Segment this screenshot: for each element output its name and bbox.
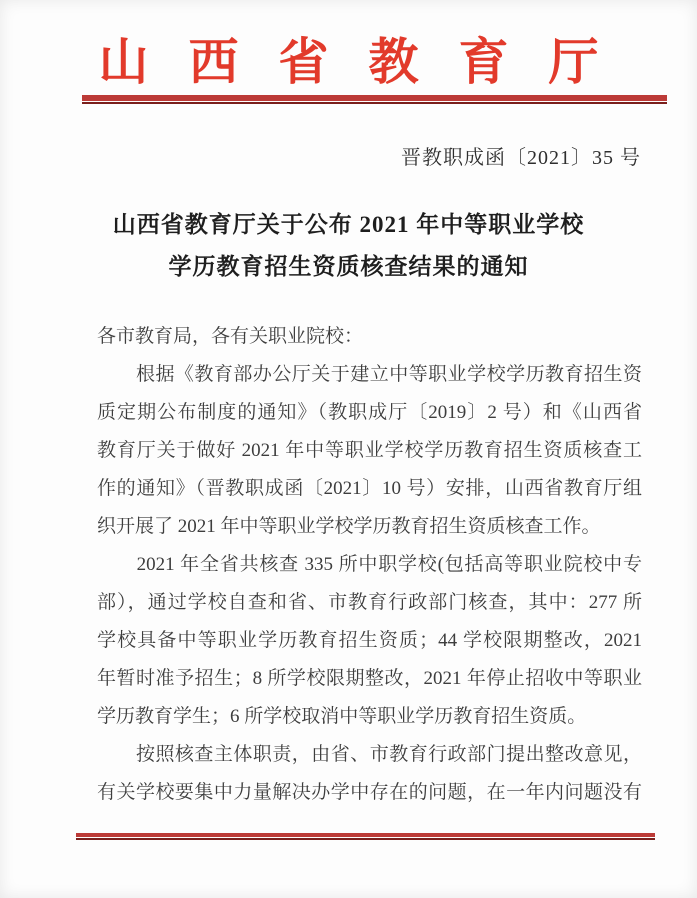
- body-line: 年暂时准予招生；8 所学校限期整改，2021 年停止招收中等职业: [97, 660, 642, 698]
- body-line: 作的通知》（晋教职成函〔2021〕10 号）安排，山西省教育厅组: [97, 470, 642, 508]
- footer-rule-thick-line: [76, 833, 655, 837]
- document-title-line2: 学历教育招生资质核查结果的通知: [0, 246, 697, 288]
- body-text: 各市教育局，各有关职业院校： 根据《教育部办公厅关于建立中等职业学校学历教育招生…: [97, 318, 642, 812]
- document-title: 山西省教育厅关于公布 2021 年中等职业学校 学历教育招生资质核查结果的通知: [0, 204, 697, 288]
- body-line: 部），通过学校自查和省、市教育行政部门核查，其中：277 所: [97, 584, 642, 622]
- body-line: 根据《教育部办公厅关于建立中等职业学校学历教育招生资: [97, 356, 642, 394]
- header-rule-thin-line: [82, 102, 667, 104]
- footer-rule-thin-line: [76, 838, 655, 840]
- body-line: 有关学校要集中力量解决办学中存在的问题，在一年内问题没有: [97, 774, 642, 812]
- document-page: 山西省教育厅 晋教职成函〔2021〕35 号 山西省教育厅关于公布 2021 年…: [0, 0, 697, 898]
- body-line: 教育厅关于做好 2021 年中等职业学校学历教育招生资质核查工: [97, 432, 642, 470]
- body-line: 织开展了 2021 年中等职业学校学历教育招生资质核查工作。: [97, 508, 642, 546]
- body-line: 质定期公布制度的通知》（教职成厅〔2019〕2 号）和《山西省: [97, 394, 642, 432]
- header-rule-thick-line: [82, 95, 667, 101]
- body-line: 按照核查主体职责，由省、市教育行政部门提出整改意见，: [97, 736, 642, 774]
- footer-double-rule: [76, 833, 655, 840]
- body-line: 学历教育学生；6 所学校取消中等职业学历教育招生资质。: [97, 698, 642, 736]
- body-line: 学校具备中等职业学历教育招生资质；44 学校限期整改，2021: [97, 622, 642, 660]
- body-line: 各市教育局，各有关职业院校：: [97, 318, 642, 356]
- document-title-line1: 山西省教育厅关于公布 2021 年中等职业学校: [0, 204, 697, 246]
- agency-header: 山西省教育厅: [0, 22, 697, 94]
- body-line: 2021 年全省共核查 335 所中职学校(包括高等职业院校中专: [97, 546, 642, 584]
- document-number: 晋教职成函〔2021〕35 号: [401, 141, 641, 170]
- header-double-rule: [82, 95, 667, 104]
